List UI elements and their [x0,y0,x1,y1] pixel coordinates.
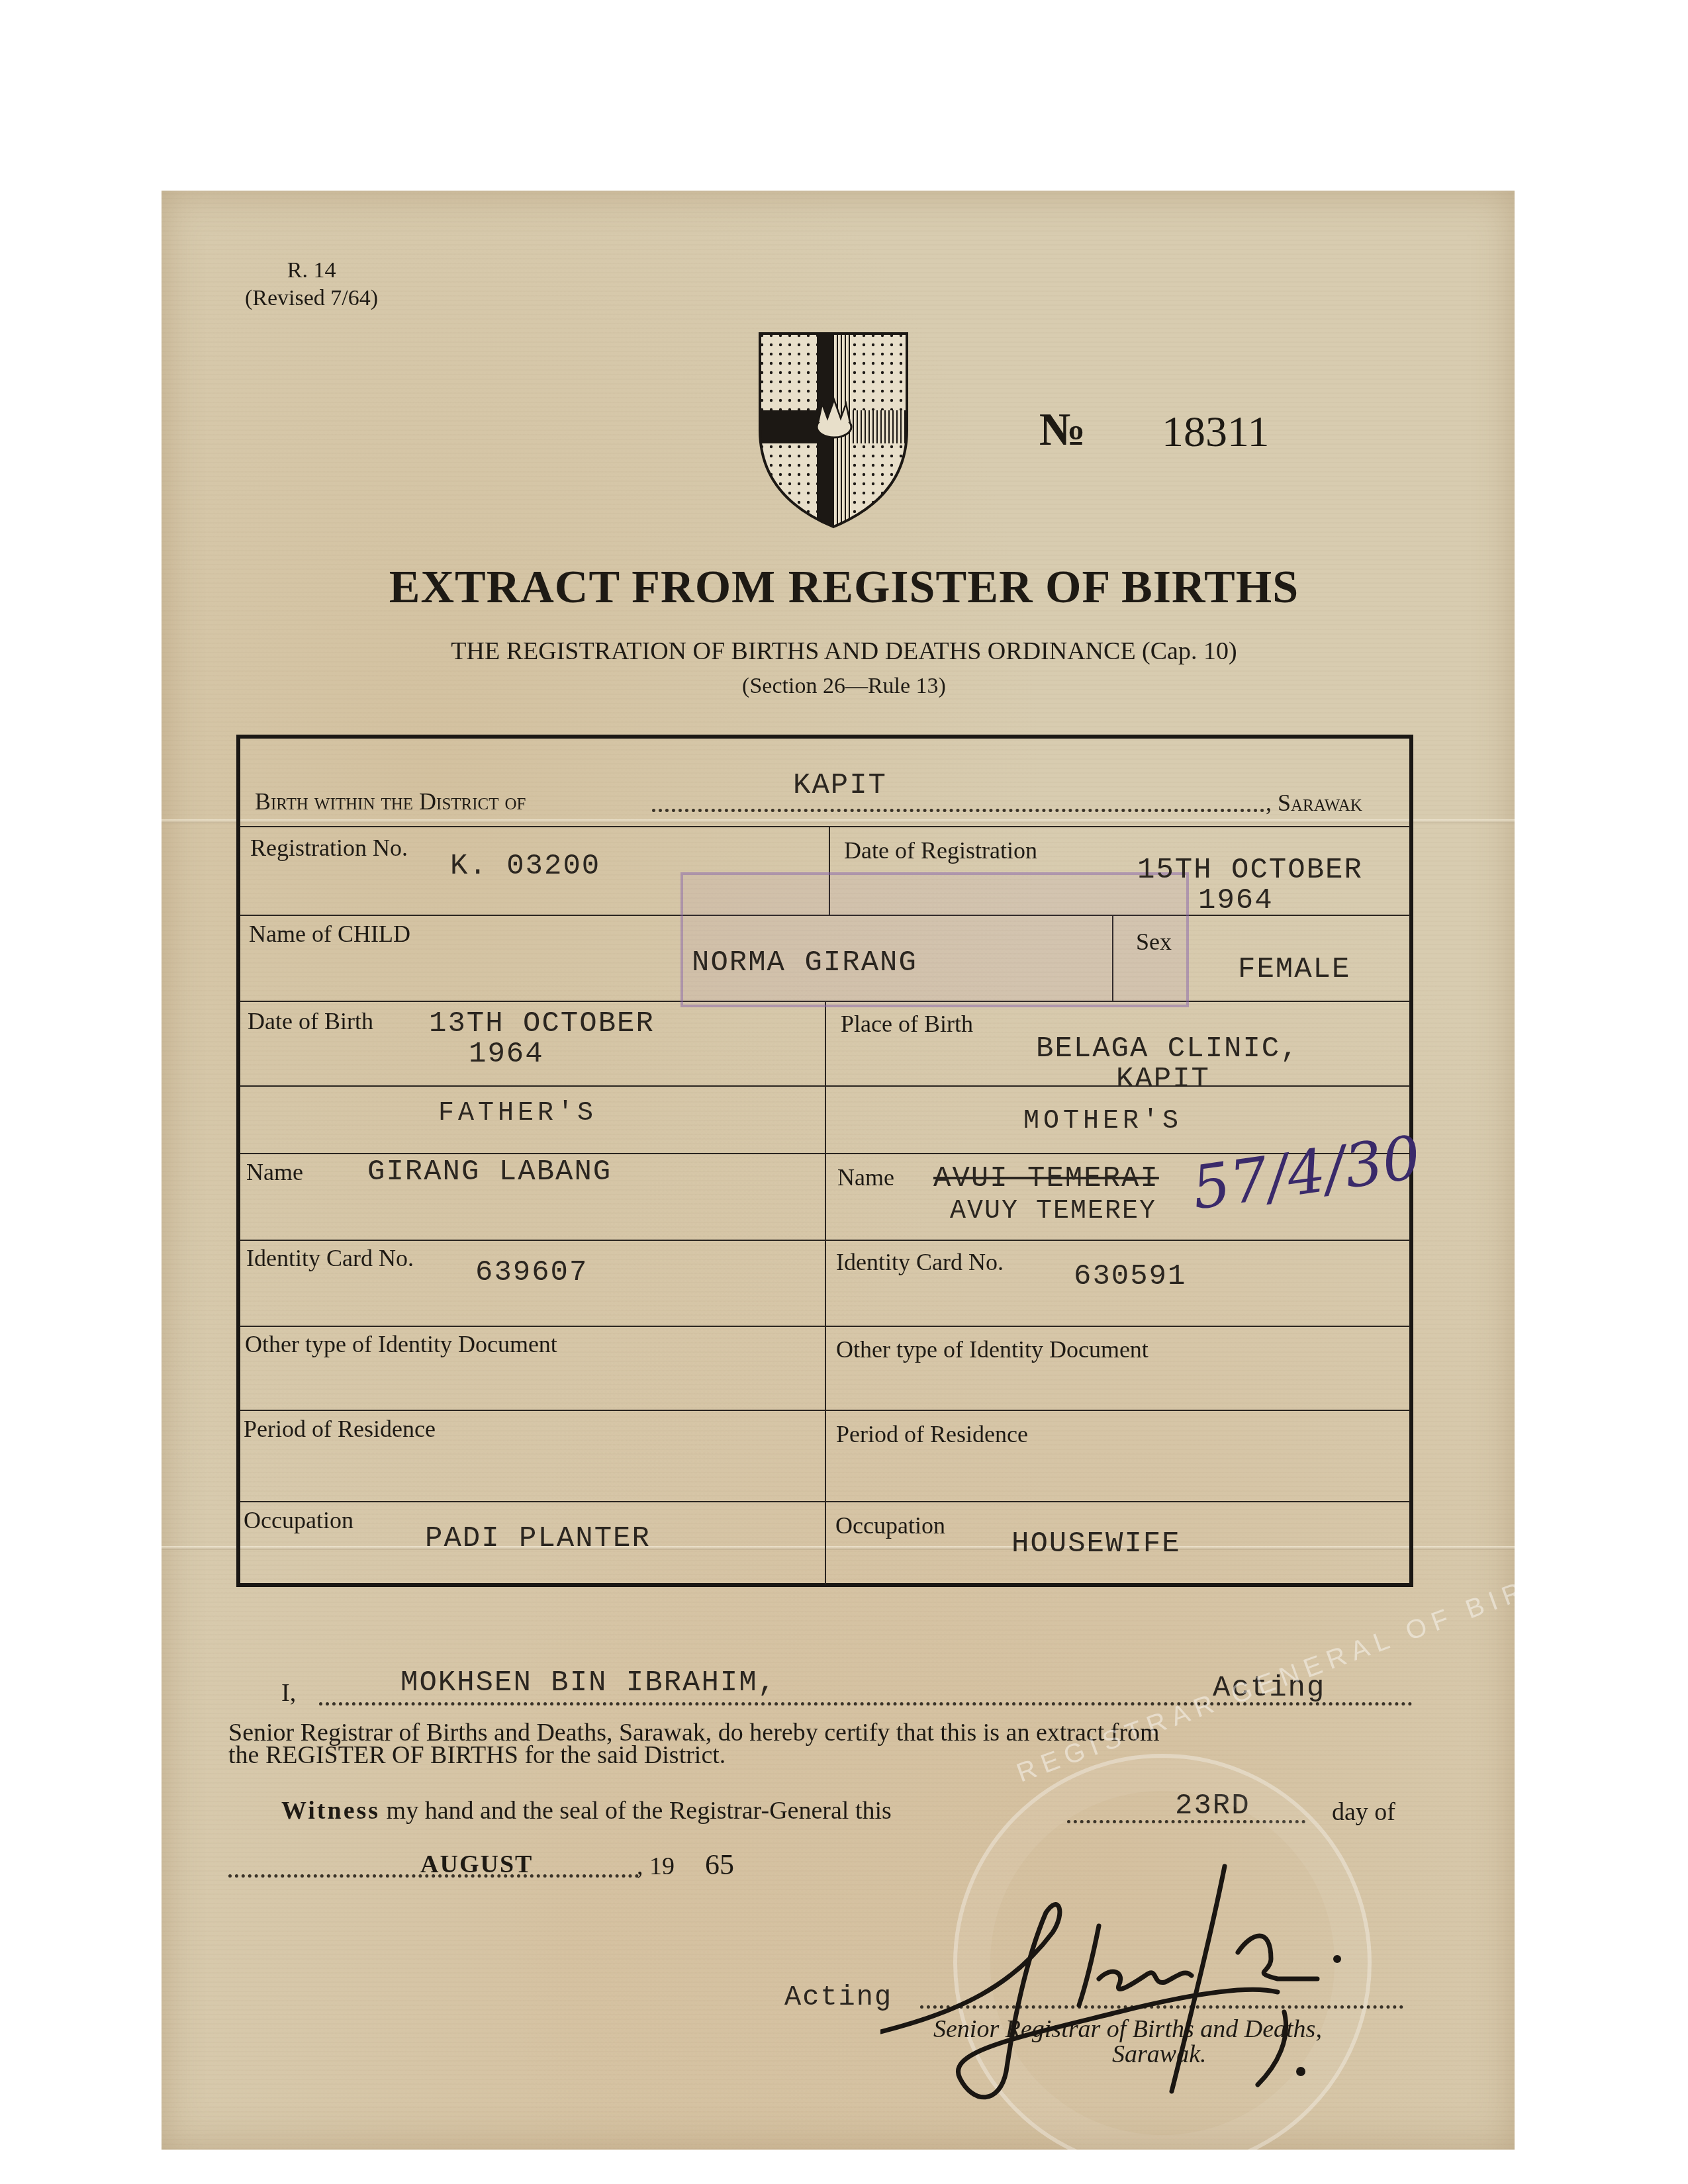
father-name-value: GIRANG LABANG [367,1156,612,1189]
shield-crest-icon [757,331,910,529]
mother-occupation-label: Occupation [835,1512,945,1539]
father-section-header: FATHER'S [438,1099,597,1128]
day-suffix: day of [1332,1797,1395,1827]
year-prefix: , 19 [637,1852,675,1881]
mother-name-label: Name [837,1163,894,1191]
sex-value: FEMALE [1238,953,1350,986]
father-name-label: Name [246,1158,303,1186]
registrar-name: MOKHSEN BIN IBRAHIM, [400,1666,776,1700]
mother-occupation-value: HOUSEWIFE [1011,1527,1181,1561]
child-name-label: Name of CHILD [249,920,410,948]
date-of-birth-value: 13TH OCTOBER [429,1007,655,1040]
form-code: R. 14 (Revised 7/64) [245,257,378,312]
date-of-registration-value: 15TH OCTOBER [1137,854,1363,887]
date-of-birth-year: 1964 [469,1038,544,1071]
registration-no-label: Registration No. [250,834,408,862]
form-code-number: R. 14 [245,257,378,285]
year-value: 65 [705,1848,734,1882]
district-suffix: , Sarawak [1266,789,1362,817]
signature-acting-label: Acting [784,1981,892,2013]
father-residence-label: Period of Residence [244,1415,436,1443]
cert-i-label: I, [281,1678,296,1707]
district-label: Birth within the District of [255,788,526,815]
mother-other-id-label: Other type of Identity Document [836,1336,1149,1363]
father-other-id-label: Other type of Identity Document [245,1330,557,1358]
row-divider [240,826,1410,827]
mother-id-label: Identity Card No. [836,1248,1004,1276]
column-divider [825,1002,826,1584]
father-id-value: 639607 [475,1256,588,1289]
date-of-registration-year: 1964 [1198,884,1274,917]
document-title: EXTRACT FROM REGISTER OF BIRTHS [0,561,1688,614]
father-occupation-label: Occupation [244,1506,353,1534]
place-of-birth-value: BELAGA CLINIC, [1036,1032,1299,1066]
father-id-label: Identity Card No. [246,1244,414,1272]
child-name-value: NORMA GIRANG [692,946,917,979]
mother-id-value: 630591 [1074,1260,1186,1293]
district-value: KAPIT [793,769,887,802]
mother-name-struck-value: AVUI TEMERAI [933,1162,1159,1195]
certification-statement-line2: the REGISTER OF BIRTHS for the said Dist… [228,1741,726,1770]
serial-number: 18311 [1162,407,1270,457]
place-of-birth-value-line2: KAPIT [1116,1063,1210,1096]
sex-label: Sex [1136,928,1172,956]
registrar-signature [880,1853,1357,2118]
month-value: AUGUST [420,1850,533,1879]
rubber-stamp [680,872,1189,1007]
mother-residence-label: Period of Residence [836,1420,1028,1448]
ordinance-subtitle: THE REGISTRATION OF BIRTHS AND DEATHS OR… [0,637,1688,666]
witness-line: Witness my hand and the seal of the Regi… [281,1796,892,1825]
place-of-birth-label: Place of Birth [841,1010,973,1038]
witness-text: my hand and the seal of the Registrar-Ge… [387,1797,892,1825]
form-revision: (Revised 7/64) [245,285,378,312]
date-of-birth-label: Date of Birth [248,1007,373,1035]
district-dotted-line [652,809,1264,812]
section-reference: (Section 26—Rule 13) [0,674,1688,699]
mother-name-corrected-value: AVUY TEMEREY [950,1197,1156,1226]
witness-bold: Witness [281,1797,380,1825]
serial-number-label: № [1039,404,1084,457]
father-occupation-value: PADI PLANTER [425,1522,651,1555]
registration-no-value: K. 03200 [450,850,600,883]
date-of-registration-label: Date of Registration [844,837,1037,864]
mother-section-header: MOTHER'S [1023,1107,1182,1136]
